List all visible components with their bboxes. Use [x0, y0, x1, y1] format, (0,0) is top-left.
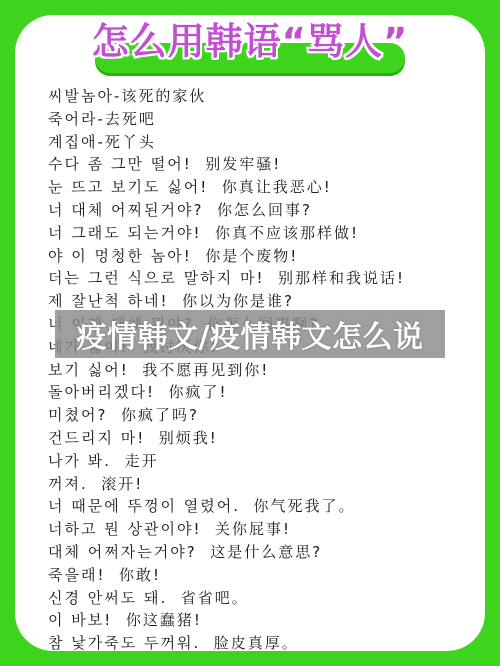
- phrase-line: 나가 봐. 走开: [48, 450, 479, 473]
- phrase-line: 참 낯가죽도 두꺼워. 脸皮真厚。: [48, 632, 479, 655]
- korean-text: 보기 싫어!: [48, 361, 129, 379]
- chinese-text: 别发牢骚!: [205, 155, 281, 173]
- phrase-line: 죽어라-去死吧: [48, 108, 479, 131]
- page: { "page": { "border_color": "#3ed41e", "…: [0, 0, 500, 666]
- chinese-text: 滚开!: [101, 475, 143, 493]
- phrase-line: 야 이 멍청한 놈아! 你是个废物!: [48, 245, 479, 268]
- korean-text: 씨발놈아: [48, 87, 114, 105]
- phrase-line: 씨발놈아-该死的家伙: [48, 85, 479, 108]
- phrase-line: 이 바보! 你这蠢猪!: [48, 609, 479, 632]
- chinese-text: 这是什么意思?: [210, 543, 322, 561]
- content-card: 怎么用韩语“骂人” 씨발놈아-该死的家伙 죽어라-去死吧 계집애-死丫头 수다 …: [15, 15, 485, 651]
- separator: [192, 247, 206, 265]
- separator: [200, 634, 214, 652]
- separator: [111, 452, 125, 470]
- korean-text: 신경 안써도 돼.: [48, 589, 167, 607]
- chinese-text: 你疯了吗?: [121, 406, 199, 424]
- korean-text: 미쳤어?: [48, 406, 107, 424]
- korean-text: 너하고 뭔 상관이야!: [48, 520, 201, 538]
- phrase-line: 죽을래! 你敢!: [48, 564, 479, 587]
- separator: [105, 566, 119, 584]
- separator: -: [97, 133, 104, 151]
- chinese-text: 死丫头: [105, 133, 156, 151]
- korean-text: 더는 그런 식으로 말하지 마!: [48, 269, 264, 287]
- phrase-line: 꺼져. 滚开!: [48, 473, 479, 496]
- korean-text: 꺼져.: [48, 475, 88, 493]
- phrase-line: 너 때문에 뚜껑이 열렸어. 你气死我了。: [48, 495, 479, 518]
- separator: [155, 383, 169, 401]
- phrase-line: 보기 싫어! 我不愿再见到你!: [48, 359, 479, 382]
- separator: [88, 475, 102, 493]
- phrase-line: 신경 안써도 돼. 省省吧。: [48, 587, 479, 610]
- korean-text: 죽어라: [48, 110, 97, 128]
- chinese-text: 关你屁事!: [215, 520, 291, 538]
- separator: [197, 543, 211, 561]
- korean-text: 참 낯가죽도 두꺼워.: [48, 634, 200, 652]
- korean-text: 너 그래도 되는거야!: [48, 224, 201, 242]
- phrase-line: 돌아버리겠다! 你疯了!: [48, 381, 479, 404]
- separator: [192, 155, 206, 173]
- korean-text: 대체 어쩌자는거야?: [48, 543, 197, 561]
- separator: [240, 497, 254, 515]
- phrase-line: 너하고 뭔 상관이야! 关你屁事!: [48, 518, 479, 541]
- chinese-text: 你以为你是谁?: [182, 292, 294, 310]
- chinese-text: 省省吧。: [181, 589, 249, 607]
- chinese-text: 我不愿再见到你!: [142, 361, 269, 379]
- korean-text: 건드리지 마!: [48, 429, 145, 447]
- separator: [264, 269, 278, 287]
- korean-text: 이 바보!: [48, 611, 112, 629]
- separator: [201, 224, 215, 242]
- separator: [107, 406, 121, 424]
- separator: [129, 361, 143, 379]
- phrase-line: 눈 뜨고 보기도 싫어! 你真让我恶心!: [48, 176, 479, 199]
- phrase-line: 미쳤어? 你疯了吗?: [48, 404, 479, 427]
- phrase-line: 너 대체 어찌된거야? 你怎么回事?: [48, 199, 479, 222]
- title-banner: 怎么用韩语“骂人”: [15, 15, 485, 95]
- chinese-text: 你敢!: [119, 566, 161, 584]
- separator: -: [97, 110, 104, 128]
- phrase-line: 수다 좀 그만 떨어! 别发牢骚!: [48, 153, 479, 176]
- korean-text: 눈 뜨고 보기도 싫어!: [48, 178, 208, 196]
- phrase-line: 더는 그런 식으로 말하지 마! 别那样和我说话!: [48, 267, 479, 290]
- chinese-text: 去死吧: [105, 110, 156, 128]
- korean-text: 야 이 멍청한 놈아!: [48, 247, 192, 265]
- chinese-text: 别那样和我说话!: [278, 269, 405, 287]
- chinese-text: 你疯了!: [169, 383, 228, 401]
- separator: [167, 589, 181, 607]
- korean-text: 죽을래!: [48, 566, 105, 584]
- korean-text: 돌아버리겠다!: [48, 383, 155, 401]
- chinese-text: 你真让我恶心!: [222, 178, 332, 196]
- chinese-text: 你气死我了。: [254, 497, 356, 515]
- korean-text: 너 때문에 뚜껑이 열렸어.: [48, 497, 240, 515]
- phrase-line: 대체 어쩌자는거야? 这是什么意思?: [48, 541, 479, 564]
- separator: [203, 201, 217, 219]
- phrase-line: 계집애-死丫头: [48, 131, 479, 154]
- chinese-text: 脸皮真厚。: [214, 634, 299, 652]
- korean-text: 계집애: [48, 133, 97, 151]
- watermark-text: 疫情韩文/疫情韩文怎么说: [77, 312, 424, 356]
- separator: [145, 429, 159, 447]
- separator: [112, 611, 126, 629]
- separator: [208, 178, 222, 196]
- phrase-line: 너 그래도 되는거야! 你真不应该那样做!: [48, 222, 479, 245]
- phrase-line: 건드리지 마! 别烦我!: [48, 427, 479, 450]
- separator: [169, 292, 183, 310]
- page-title: 怎么用韩语“骂人”: [15, 21, 485, 63]
- chinese-text: 该死的家伙: [121, 87, 206, 105]
- korean-text: 너 대체 어찌된거야?: [48, 201, 203, 219]
- chinese-text: 别烦我!: [159, 429, 218, 447]
- chinese-text: 你怎么回事?: [217, 201, 312, 219]
- watermark-overlay: 疫情韩文/疫情韩文怎么说: [55, 310, 445, 358]
- korean-text: 수다 좀 그만 떨어!: [48, 155, 192, 173]
- korean-text: 나가 봐.: [48, 452, 111, 470]
- chinese-text: 走开: [125, 452, 159, 470]
- chinese-text: 你是个废物!: [205, 247, 298, 265]
- phrase-list: 씨발놈아-该死的家伙 죽어라-去死吧 계집애-死丫头 수다 좀 그만 떨어! 别…: [48, 85, 479, 655]
- chinese-text: 你真不应该那样做!: [215, 224, 359, 242]
- chinese-text: 你这蠢猪!: [126, 611, 202, 629]
- separator: [201, 520, 215, 538]
- korean-text: 제 잘난척 하네!: [48, 292, 169, 310]
